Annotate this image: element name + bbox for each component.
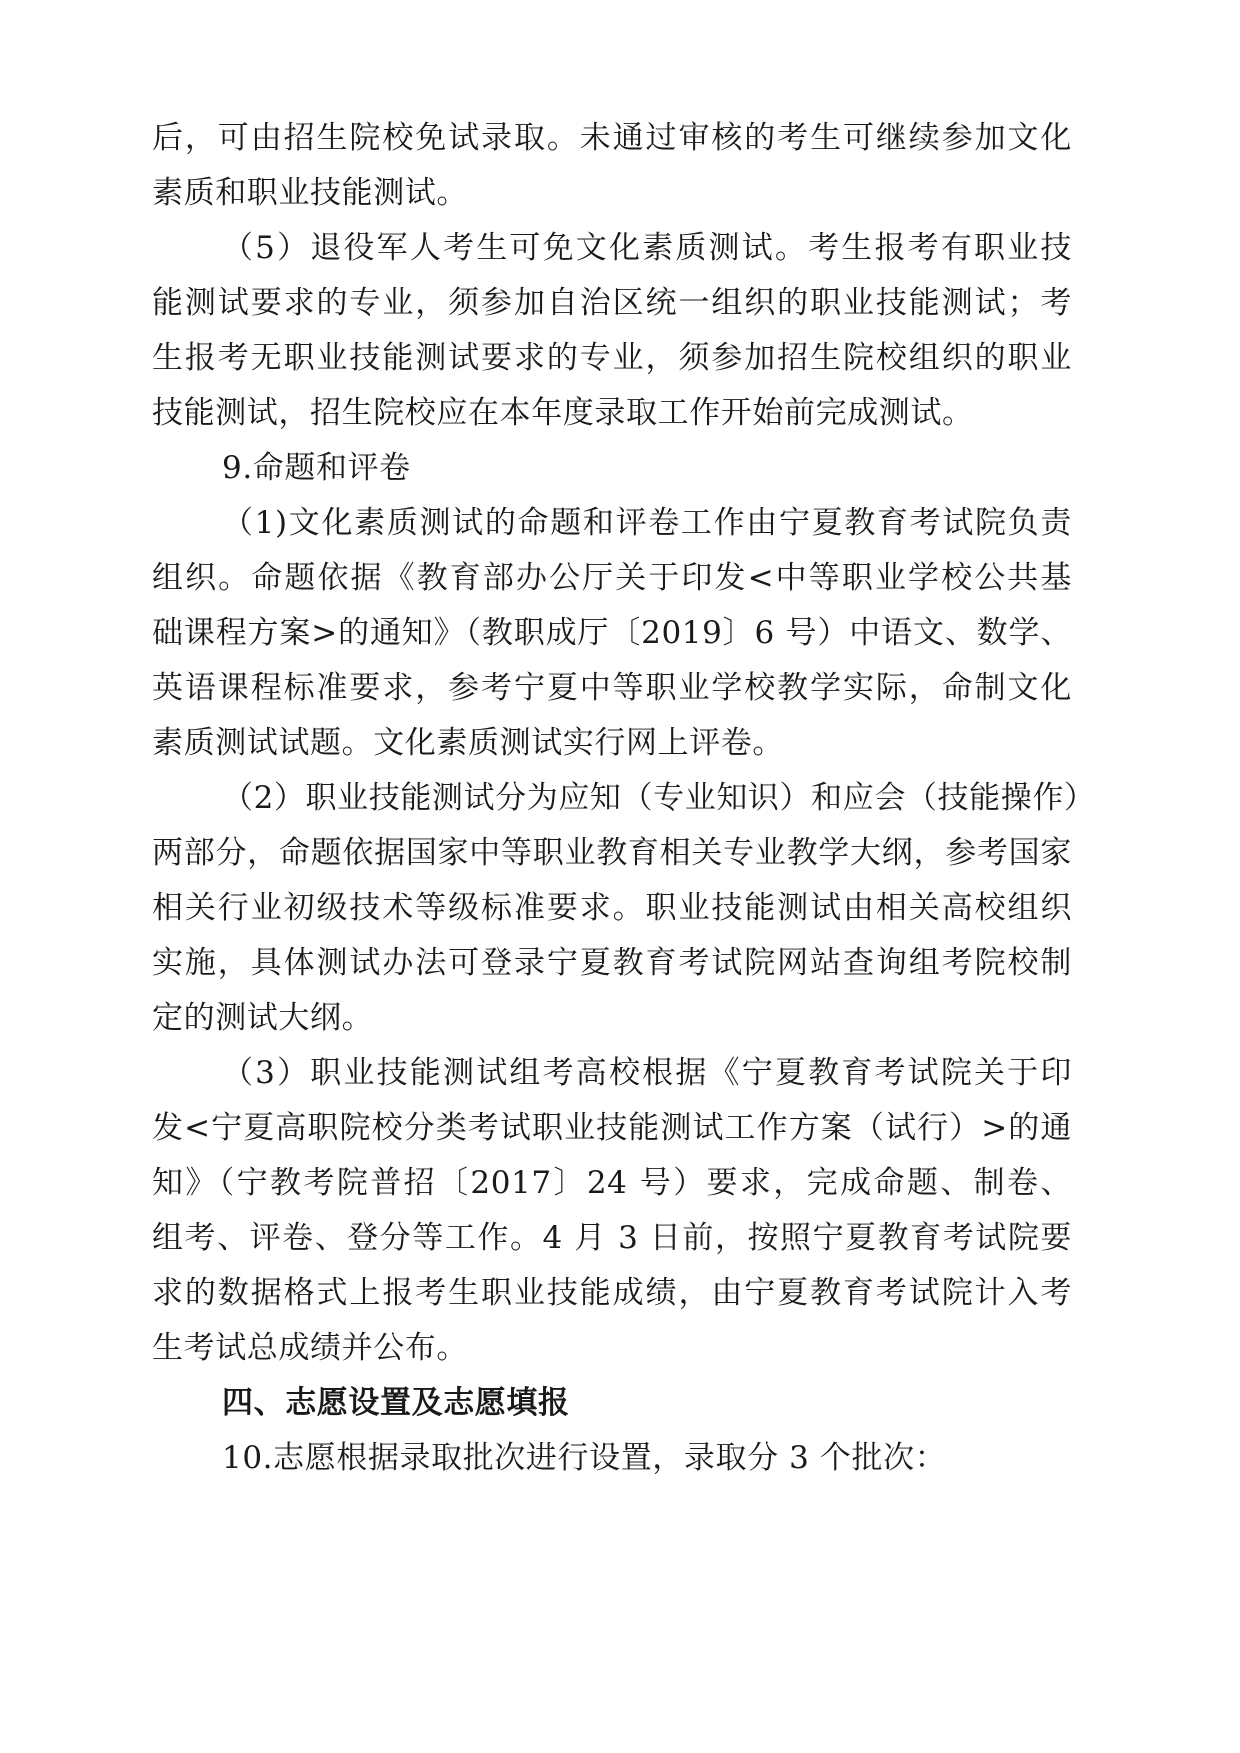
paragraph-line: 定的测试大纲。 — [152, 998, 1072, 1038]
section-heading: 四、志愿设置及志愿填报 — [222, 1383, 822, 1423]
section-subheading: 9.命题和评卷 — [222, 448, 1072, 488]
paragraph-line: （1)文化素质测试的命题和评卷工作由宁夏教育考试院负责 — [222, 503, 1072, 543]
paragraph-line: 素质测试试题。文化素质测试实行网上评卷。 — [152, 723, 1072, 763]
paragraph-line: 相关行业初级技术等级标准要求。职业技能测试由相关高校组织 — [152, 888, 1072, 928]
paragraph-line: 生考试总成绩并公布。 — [152, 1328, 1072, 1368]
paragraph-line: （5）退役军人考生可免文化素质测试。考生报考有职业技 — [222, 228, 1072, 268]
paragraph-line: 求的数据格式上报考生职业技能成绩，由宁夏教育考试院计入考 — [152, 1273, 1072, 1313]
paragraph-line: 素质和职业技能测试。 — [152, 173, 1072, 213]
paragraph-line: 知》（宁教考院普招〔2017〕24 号）要求，完成命题、制卷、 — [152, 1163, 1072, 1203]
paragraph-line: （3）职业技能测试组考高校根据《宁夏教育考试院关于印 — [222, 1053, 1072, 1093]
paragraph-line: 础课程方案>的通知》（教职成厅〔2019〕6 号）中语文、数学、 — [152, 613, 1072, 653]
paragraph-line: （2）职业技能测试分为应知（专业知识）和应会（技能操作） — [222, 778, 1072, 818]
paragraph-line: 发<宁夏高职院校分类考试职业技能测试工作方案（试行）>的通 — [152, 1108, 1072, 1148]
paragraph-line: 生报考无职业技能测试要求的专业，须参加招生院校组织的职业 — [152, 338, 1072, 378]
paragraph-line: 后，可由招生院校免试录取。未通过审核的考生可继续参加文化 — [152, 118, 1072, 158]
paragraph-line: 实施，具体测试办法可登录宁夏教育考试院网站查询组考院校制 — [152, 943, 1072, 983]
document-page: 后，可由招生院校免试录取。未通过审核的考生可继续参加文化 素质和职业技能测试。 … — [0, 0, 1240, 1753]
paragraph-line: 组织。命题依据《教育部办公厅关于印发<中等职业学校公共基 — [152, 558, 1072, 598]
paragraph-line: 两部分，命题依据国家中等职业教育相关专业教学大纲，参考国家 — [152, 833, 1072, 873]
paragraph-line: 英语课程标准要求，参考宁夏中等职业学校教学实际，命制文化 — [152, 668, 1072, 708]
paragraph-line: 组考、评卷、登分等工作。4 月 3 日前，按照宁夏教育考试院要 — [152, 1218, 1072, 1258]
paragraph-line: 技能测试，招生院校应在本年度录取工作开始前完成测试。 — [152, 393, 1072, 433]
paragraph-line: 10.志愿根据录取批次进行设置，录取分 3 个批次： — [222, 1438, 1072, 1478]
paragraph-line: 能测试要求的专业，须参加自治区统一组织的职业技能测试；考 — [152, 283, 1072, 323]
